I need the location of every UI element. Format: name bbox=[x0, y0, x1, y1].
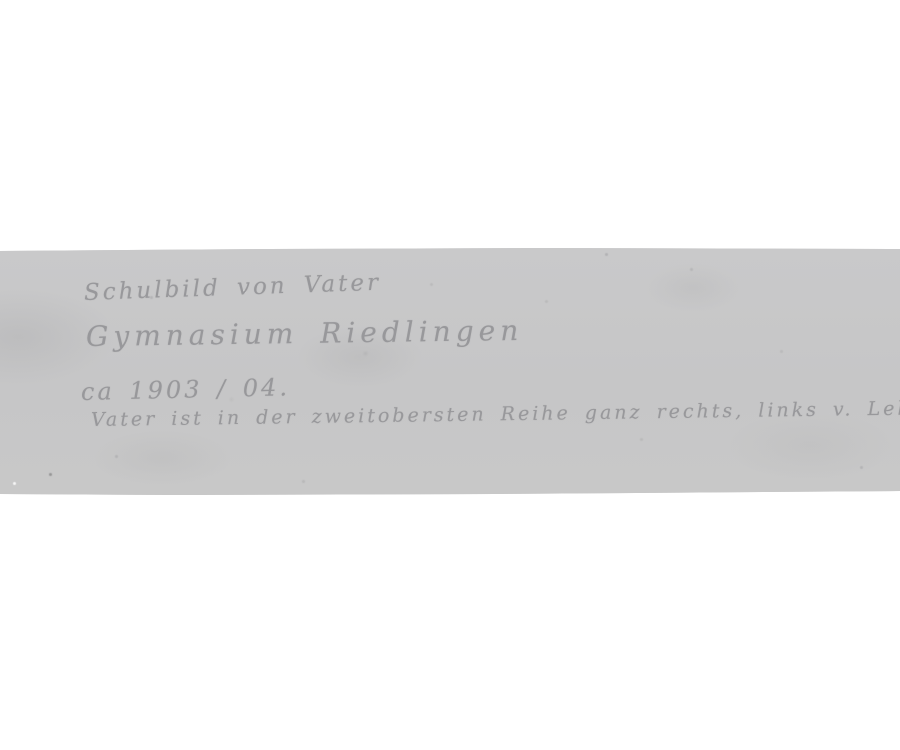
handwritten-line-title: Schulbild von Vater bbox=[84, 270, 382, 306]
photo-back-paper: Schulbild von Vater Gymnasium Riedlingen… bbox=[0, 248, 900, 495]
handwritten-line-school: Gymnasium Riedlingen bbox=[86, 314, 524, 353]
paper-stains bbox=[0, 248, 3, 251]
handwritten-line-date: ca 1903 / 04. bbox=[81, 373, 291, 406]
